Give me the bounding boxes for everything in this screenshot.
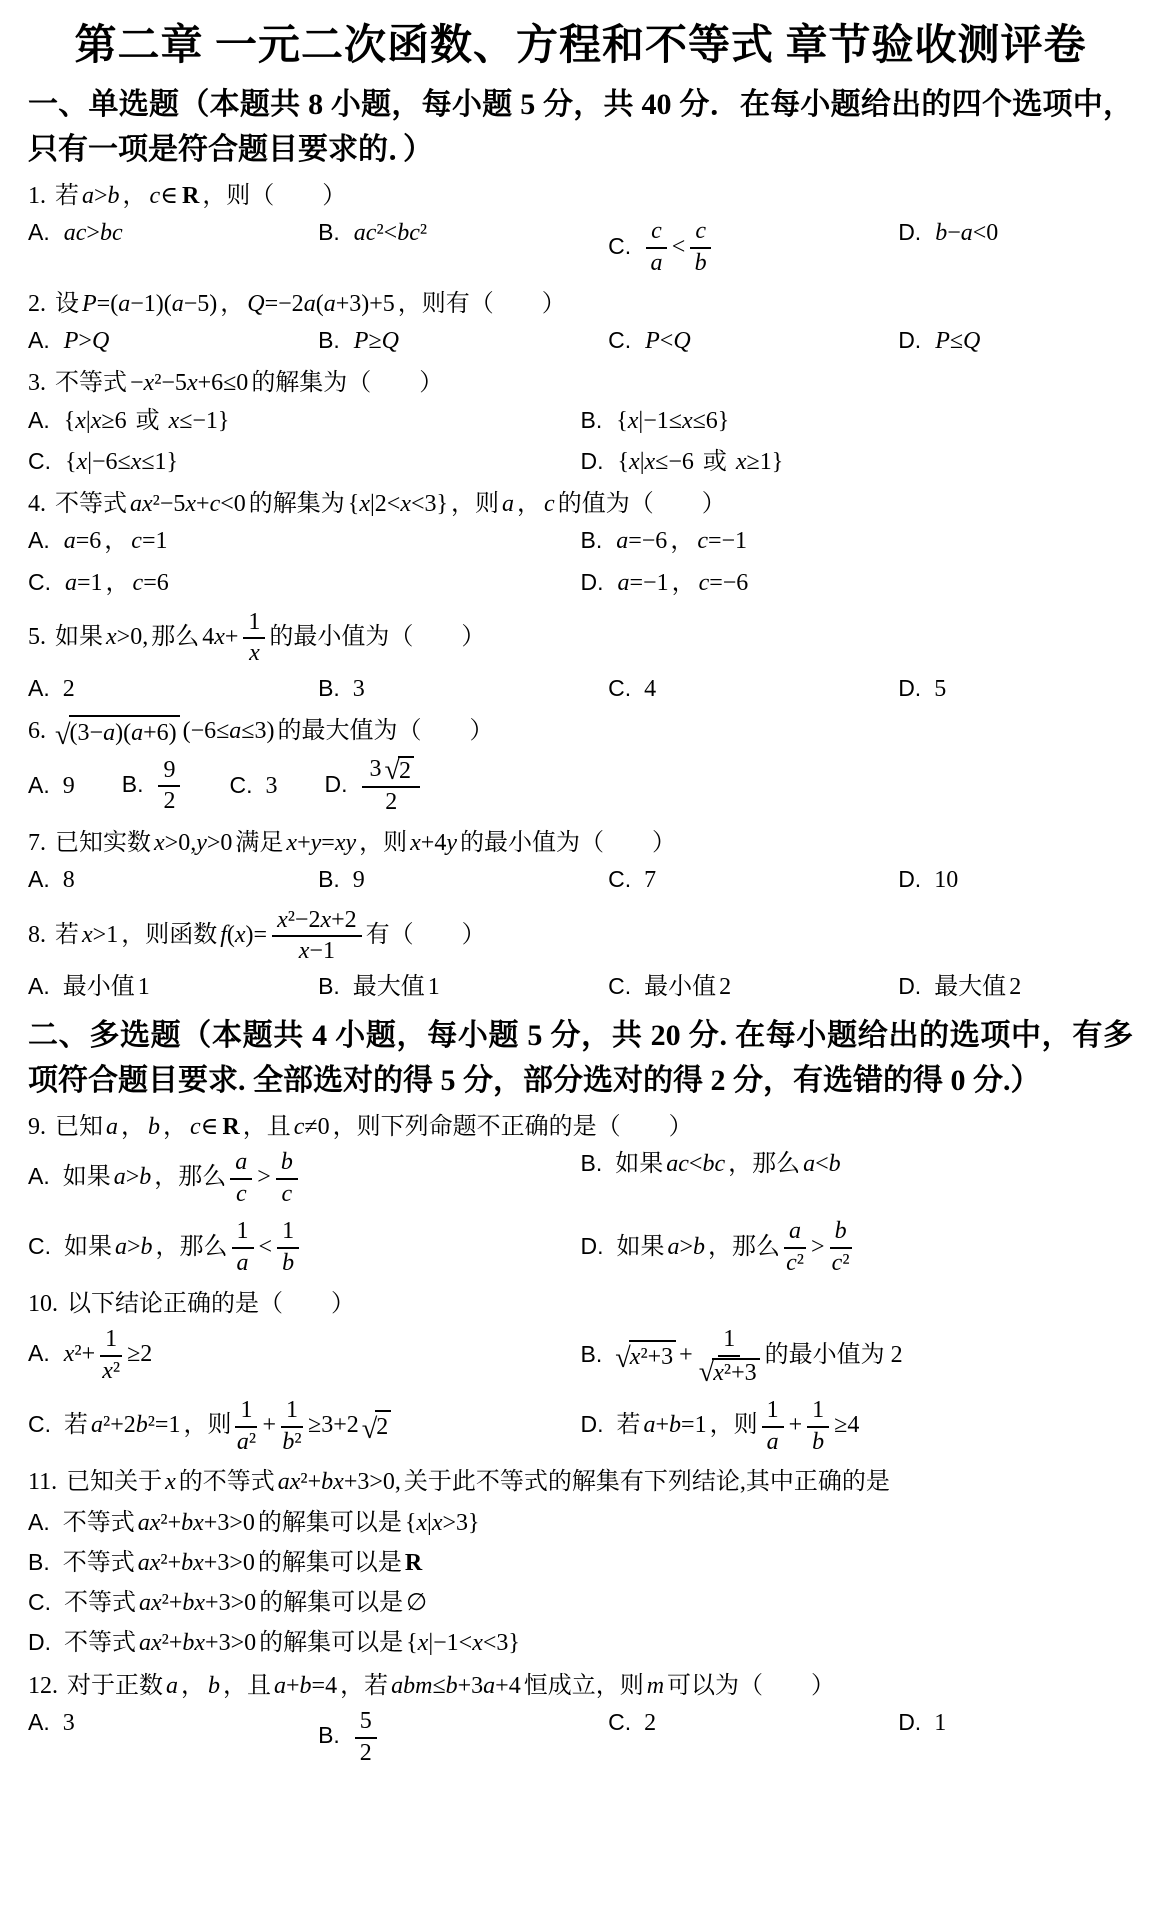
fraction-numerator: 1 [718,1326,740,1357]
text: 的不等式 [178,1469,276,1495]
text: ， [671,570,697,596]
option-label: B. [581,1150,603,1176]
option-B: B.如果ac<bc，那么a<b [581,1149,1134,1208]
option-D: D.10 [898,865,1133,896]
math-expression: x>0,y>0 [152,830,234,856]
fraction: 1a [762,1397,784,1456]
question-7: 7.已知实数x>0,y>0满足x+y=xy，则x+4y的最小值为（ ）A.8B.… [28,827,1133,897]
fraction-numerator: 1 [232,1218,254,1249]
math-expression: c [542,491,557,517]
fraction: bc [276,1149,298,1208]
text: 3 [264,773,278,799]
option-content: a=1，c=6 [63,570,171,596]
option-content: b−a<0 [933,220,1000,246]
fraction-denominator: b [695,249,707,278]
option-label: B. [581,527,603,553]
fraction-denominator: x² [102,1357,120,1386]
option-B: B.92 [122,757,184,816]
question-stem: 3.不等式−x²−5x+6≤0的解集为（ ） [28,367,1133,399]
math-expression: + [677,1342,695,1368]
math-expression: ax²+bx+3>0 [137,1590,258,1616]
option-D: D.5 [898,674,1133,705]
option-B: B.3 [318,674,608,705]
square-root: √(3−a)(a+6) [55,715,180,749]
text: 最大值 [933,974,1007,1000]
text: ，且 [242,1114,292,1140]
option-content: 52 [352,1723,380,1749]
square-root: √x²+3 [699,1358,760,1388]
fraction-numerator: 9 [158,757,180,788]
option-content: 不等式ax²+bx+3>0的解集可以是{x|−1<x<3} [63,1630,522,1656]
option-B: B.最大值1 [318,972,608,1003]
text: 的解集为（ ） [250,370,444,396]
question-stem: 5.如果x>0,那么4x+1x的最小值为（ ） [28,609,1133,668]
option-label: B. [318,219,340,245]
math-expression: > [255,1164,273,1190]
math-expression: a [104,1114,120,1140]
option-content: 2 [643,1710,657,1736]
text: 3 [62,1710,76,1736]
question-number: 9. [28,1114,46,1140]
option-D: D.P≤Q [898,326,1133,357]
option-content: 如果a>b，那么1a<1b [63,1234,302,1260]
fraction: ac [230,1149,252,1208]
option-D: D.a=−1，c=−6 [581,568,1134,599]
text: 2 [643,1710,657,1736]
option-content: 3√22 [359,772,423,798]
option-label: B. [318,1722,340,1748]
math-expression: a=6 [62,528,104,554]
question-5: 5.如果x>0,那么4x+1x的最小值为（ ）A.2B.3C.4D.5 [28,609,1133,705]
option-label: B. [581,1341,603,1367]
option-label: C. [28,448,51,474]
fraction-denominator: c [236,1180,247,1209]
text: 的解集可以是 [258,1590,404,1616]
text: 的最小值为 2 [764,1342,904,1368]
fraction: 52 [355,1708,377,1767]
math-expression: {x|x>3} [403,1510,482,1536]
option-label: A. [28,772,50,798]
question-stem: 7.已知实数x>0,y>0满足x+y=xy，则x+4y的最小值为（ ） [28,827,1133,859]
math-expression: ≥3+2 [306,1412,361,1438]
question-number: 8. [28,922,46,948]
text: 已知关于 [65,1469,163,1495]
fraction-denominator: √x²+3 [698,1357,761,1388]
math-expression: {x|−6≤x≤1} [63,449,180,475]
square-root: √x²+3 [615,1340,676,1373]
option-D: D.不等式ax²+bx+3>0的解集可以是{x|−1<x<3} [28,1628,1133,1659]
question-stem: 1.若a>b，c∈R，则（ ） [28,180,1133,212]
option-label: C. [608,327,631,353]
question-options: A.ac>bcB.ac²<bc²C.ca<cbD.b−a<0 [28,218,1133,277]
question-stem: 10.以下结论正确的是（ ） [28,1288,1133,1320]
option-B: B.不等式ax²+bx+3>0的解集可以是R [28,1548,1133,1579]
radicand: x²+3 [629,1340,676,1373]
math-expression: ax²+bx+3>0, [276,1469,403,1495]
question-number: 4. [28,491,46,517]
option-label: D. [581,448,604,474]
text: ， [516,491,542,517]
option-B: B.{x|−1≤x≤6} [581,406,1134,437]
math-expression: P>Q [62,328,112,354]
option-content: {x|x≤−6 或 x≥1} [616,449,786,475]
option-B: B.P≥Q [318,326,608,357]
fraction-denominator: x−1 [299,937,335,966]
math-expression: a=−6 [614,528,669,554]
math-expression: ac<bc [664,1151,727,1177]
math-expression: a [164,1673,180,1699]
option-label: D. [898,866,921,892]
text: 的最小值为（ ） [268,624,486,650]
option-C: C.如果a>b，那么1a<1b [28,1218,581,1277]
math-expression: 3 [367,756,383,782]
option-B: B.9 [318,865,608,896]
fraction-numerator: x²−2x+2 [272,907,362,938]
option-label: A. [28,866,50,892]
option-content: 最小值1 [62,974,152,1000]
option-label: B. [318,973,340,999]
math-expression: a>b [666,1234,708,1260]
math-expression: a+b=1 [642,1412,709,1438]
text: 2 [62,676,76,702]
question-4: 4.不等式ax²−5x+c<0的解集为{x|2<x<3}，则a，c的值为（ ）A… [28,488,1133,599]
option-content: 10 [933,867,959,893]
option-C: C.若a²+2b²=1，则1a²+1b²≥3+2√2 [28,1397,581,1456]
option-label: C. [28,1411,51,1437]
option-A: A.3 [28,1708,318,1767]
option-content: 不等式ax²+bx+3>0的解集可以是∅ [63,1590,429,1616]
text: ， [120,1114,146,1140]
math-expression: c=−6 [697,570,751,596]
question-stem: 11.已知关于x的不等式ax²+bx+3>0,关于此不等式的解集有下列结论,其中… [28,1466,1133,1498]
text: ，则函数 [120,922,218,948]
option-B: B.52 [318,1708,608,1767]
question-stem: 8.若x>1，则函数f(x)=x²−2x+2x−1有（ ） [28,907,1133,966]
math-expression: x²+ [62,1341,97,1367]
question-number: 6. [28,718,46,744]
fraction: 1a² [235,1397,257,1456]
math-expression: −x²−5x+6≤0 [128,370,250,396]
option-content: 最小值2 [643,974,733,1000]
math-expression: ax²+bx+3>0 [136,1510,257,1536]
math-expression: a>b [112,1164,154,1190]
math-expression: a [500,491,516,517]
text: 不等式 [62,1510,136,1536]
math-expression: c≠0 [292,1114,332,1140]
fraction-denominator: 2 [360,1739,372,1768]
fraction-denominator: b² [282,1428,301,1457]
radicand: x²+3 [712,1358,759,1388]
fraction: cb [690,218,711,277]
text: 不等式 [62,1550,136,1576]
math-expression: 2 [717,974,733,1000]
option-content: 2 [62,676,76,702]
option-A: A.a=6，c=1 [28,526,581,557]
option-label: A. [28,1340,50,1366]
option-content: P≤Q [933,328,982,354]
option-A: A.8 [28,865,318,896]
bold-symbol: R [220,1114,241,1140]
text: 或 [702,449,728,475]
option-label: D. [581,569,604,595]
option-content: 若a+b=1，则1a+1b≥4 [616,1412,862,1438]
option-content: 92 [155,772,183,798]
math-expression: a=1 [63,570,105,596]
text: 9 [62,773,76,799]
option-label: C. [608,1709,631,1735]
option-label: D. [28,1629,51,1655]
question-options: A.a=6，c=1B.a=−6，c=−1C.a=1，c=6D.a=−1，c=−6 [28,526,1133,598]
math-expression: P<Q [643,328,693,354]
text: 对于正数 [66,1673,164,1699]
math-expression: > [809,1234,827,1260]
fraction: 92 [158,757,180,816]
math-expression: b [206,1673,222,1699]
text: ，那么 [155,1234,229,1260]
option-label: A. [28,1163,50,1189]
fraction-denominator: a [650,249,662,278]
option-content: 最大值2 [933,974,1023,1000]
fraction: ac² [784,1218,806,1277]
question-11: 11.已知关于x的不等式ax²+bx+3>0,关于此不等式的解集有下列结论,其中… [28,1466,1133,1659]
math-expression: a>b [80,183,122,209]
option-B: B.ac²<bc² [318,218,608,277]
option-label: D. [898,675,921,701]
option-content: 4 [643,676,657,702]
option-label: A. [28,1709,50,1735]
text: 的解集可以是 [257,1510,403,1536]
fraction-numerator: b [276,1149,298,1180]
option-A: A.不等式ax²+bx+3>0的解集可以是{x|x>3} [28,1508,1133,1539]
content: 一、单选题（本题共 8 小题，每小题 5 分，共 40 分．在每小题给出的四个选… [28,82,1133,1767]
math-expression: b [146,1114,162,1140]
text: ，那么 [707,1234,781,1260]
option-content: 如果a>b，那么ac²>bc² [616,1234,855,1260]
text: 如果 [614,1151,664,1177]
math-expression: {x|−1<x<3} [404,1630,522,1656]
text: 若 [616,1412,642,1438]
math-expression: ax²−5x+c<0 [128,491,248,517]
math-expression: {x|x≥6 [62,408,135,434]
option-content: a=6，c=1 [62,528,170,554]
question-stem: 2.设P=(a−1)(a−5)，Q=−2a(a+3)+5，则有（ ） [28,288,1133,320]
math-expression: 1 [426,974,442,1000]
fraction-denominator: b [812,1428,824,1457]
question-1: 1.若a>b，c∈R，则（ ）A.ac>bcB.ac²<bc²C.ca<cbD.… [28,180,1133,278]
option-label: A. [28,973,50,999]
option-content: a=−1，c=−6 [616,570,751,596]
question-stem: 4.不等式ax²−5x+c<0的解集为{x|2<x<3}，则a，c的值为（ ） [28,488,1133,520]
fraction: 1a [232,1218,254,1277]
math-expression: {x|−1≤x≤6} [614,408,731,434]
fraction: x²−2x+2x−1 [272,907,362,966]
option-C: C.3 [229,771,278,802]
math-expression: x [163,1469,178,1495]
text: 1 [933,1710,947,1736]
math-expression: c∈ [188,1114,220,1140]
math-expression: x+4y [408,830,459,856]
option-content: {x|−1≤x≤6} [614,408,731,434]
question-options: A.P>QB.P≥QC.P<QD.P≤Q [28,326,1133,357]
math-expression: f(x)= [218,922,269,948]
text: 最小值 [643,974,717,1000]
text: 不等式 [63,1590,137,1616]
question-number: 3. [28,370,46,396]
option-content: P≥Q [352,328,401,354]
option-D: D.如果a>b，那么ac²>bc² [581,1218,1134,1277]
option-A: A.9 [28,771,76,802]
text: 有（ ） [365,922,487,948]
fraction-numerator: 1 [762,1397,784,1428]
option-C: C.7 [608,865,898,896]
question-options: A.2B.3C.4D.5 [28,674,1133,705]
math-expression: c=−1 [695,528,749,554]
question-options: A.如果a>b，那么ac>bcB.如果ac<bc，那么a<bC.如果a>b，那么… [28,1149,1133,1277]
math-expression: c=1 [129,528,169,554]
fraction-numerator: 1 [243,609,265,640]
text: ，且 [222,1673,272,1699]
text: 设 [54,291,80,317]
option-D: D.若a+b=1，则1a+1b≥4 [581,1397,1134,1456]
fraction-denominator: 2 [385,788,397,817]
math-expression: 2 [1007,974,1023,1000]
math-expression: x>1 [80,922,120,948]
option-label: D. [581,1233,604,1259]
fraction: ca [646,218,667,277]
text: ，那么 [727,1151,801,1177]
text: 的解集可以是 [258,1630,404,1656]
math-expression: a+b=4 [272,1673,339,1699]
option-C: C.4 [608,674,898,705]
math-expression: ax²+bx+3>0 [137,1630,258,1656]
option-D: D.b−a<0 [898,218,1133,277]
math-expression: a<b [801,1151,843,1177]
text: ， [669,528,695,554]
math-expression: ≥2 [125,1341,154,1367]
option-label: A. [28,407,50,433]
page-title: 第二章 一元二次函数、方程和不等式 章节验收测评卷 [28,12,1133,72]
option-C: C.ca<cb [608,218,898,277]
text: ，则 [450,491,500,517]
question-number: 5. [28,624,46,650]
text: ，若 [339,1673,389,1699]
text: 的值为（ ） [557,491,727,517]
question-8: 8.若x>1，则函数f(x)=x²−2x+2x−1有（ ）A.最小值1B.最大值… [28,907,1133,1003]
fraction-denominator: c² [786,1249,804,1278]
text: 恒成立，则 [523,1673,645,1699]
question-options: A.8B.9C.7D.10 [28,865,1133,896]
option-A: A.x²+1x²≥2 [28,1326,581,1387]
option-A: A.ac>bc [28,218,318,277]
option-content: ac>bc [62,220,125,246]
question-number: 12. [28,1673,58,1699]
math-expression: x≤−1} [161,408,232,434]
text: ， [219,291,245,317]
math-expression: m [645,1673,666,1699]
fraction-denominator: a [237,1249,249,1278]
question-options: A.{x|x≥6 或 x≤−1}B.{x|−1≤x≤6}C.{x|−6≤x≤1}… [28,406,1133,478]
fraction-numerator: a [784,1218,806,1249]
option-D: D.3√22 [324,756,423,817]
option-label: C. [28,1233,51,1259]
option-content: x²+1x²≥2 [62,1341,155,1367]
option-label: D. [898,327,921,353]
text: 不等式 [63,1630,137,1656]
question-3: 3.不等式−x²−5x+6≤0的解集为（ ）A.{x|x≥6 或 x≤−1}B.… [28,367,1133,478]
text: 3 [352,676,366,702]
fraction-denominator: b [282,1249,294,1278]
question-options: A.x²+1x²≥2B.√x²+3+1√x²+3的最小值为 2C.若a²+2b²… [28,1326,1133,1456]
text: 以下结论正确的是（ ） [66,1291,356,1317]
question-stem: 9.已知a，b，c∈R，且c≠0，则下列命题不正确的是（ ） [28,1111,1133,1143]
text: 或 [135,408,161,434]
math-expression: P≥Q [352,328,401,354]
option-B: B.√x²+3+1√x²+3的最小值为 2 [581,1326,1134,1387]
option-content: √x²+3+1√x²+3的最小值为 2 [614,1342,903,1368]
fraction-numerator: a [230,1149,252,1180]
text: ，则下列命题不正确的是（ ） [332,1114,694,1140]
option-label: D. [898,973,921,999]
text: ，则 [358,830,408,856]
math-expression: x≥1} [728,449,785,475]
text: ， [162,1114,188,1140]
option-content: 如果a>b，那么ac>bc [62,1164,301,1190]
fraction-numerator: 1 [277,1218,299,1249]
math-expression: (−6≤a≤3) [181,718,277,744]
fraction-numerator: 5 [355,1708,377,1739]
option-label: C. [608,866,631,892]
option-content: 9 [352,867,366,893]
option-content: 如果ac<bc，那么a<b [614,1151,842,1177]
text: ， [180,1673,206,1699]
math-expression: {x|2<x<3} [346,491,450,517]
option-content: P>Q [62,328,112,354]
radicand: 2 [398,756,414,786]
option-label: D. [898,1709,921,1735]
option-A: A.P>Q [28,326,318,357]
math-expression: P≤Q [933,328,982,354]
option-label: D. [581,1411,604,1437]
math-expression: ac>bc [62,220,125,246]
question-number: 11. [28,1469,57,1495]
option-label: B. [318,866,340,892]
text: ，那么 [153,1164,227,1190]
math-expression: Q=−2a(a+3)+5 [245,291,396,317]
question-9: 9.已知a，b，c∈R，且c≠0，则下列命题不正确的是（ ）A.如果a>b，那么… [28,1111,1133,1278]
option-content: P<Q [643,328,693,354]
option-label: B. [581,407,603,433]
text: 那么 [150,624,200,650]
option-label: D. [324,771,347,797]
text: 如果 [63,1234,113,1260]
option-content: 5 [933,676,947,702]
math-expression: + [787,1412,805,1438]
option-D: D.1 [898,1708,1133,1767]
math-expression: a=−1 [616,570,671,596]
option-A: A.最小值1 [28,972,318,1003]
option-label: C. [608,973,631,999]
text: 8 [62,867,76,893]
text: 如果 [616,1234,666,1260]
text: ，则 [709,1412,759,1438]
math-expression: ∅ [404,1590,429,1616]
text: ， [103,528,129,554]
option-content: 不等式ax²+bx+3>0的解集可以是{x|x>3} [62,1510,482,1536]
option-content: {x|−6≤x≤1} [63,449,180,475]
math-expression: ≥4 [832,1412,861,1438]
section-heading-2: 二、多选题（本题共 4 小题，每小题 5 分，共 20 分. 在每小题给出的选项… [28,1013,1133,1103]
math-expression: P=(a−1)(a−5) [80,291,219,317]
